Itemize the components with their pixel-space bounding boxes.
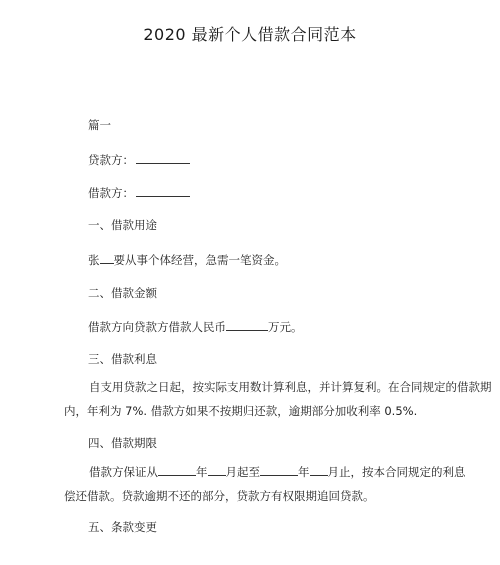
section-body-purpose: 张要从事个体经营，急需一笔资金。 <box>88 252 286 267</box>
term-line-1: 借款方保证从年月起至年月止，按本合同规定的利息 <box>64 460 444 484</box>
section-body-interest: 自支用贷款之日起，按实际支用数计算利息，并计算复利。在合同规定的借款期 内，年利… <box>64 375 444 423</box>
term-seg-1: 借款方保证从 <box>89 465 158 479</box>
start-month-blank <box>208 464 226 476</box>
section-heading-interest: 三、借款利息 <box>88 352 157 366</box>
section-heading-amount: 二、借款金额 <box>88 286 157 300</box>
amount-blank <box>226 319 268 331</box>
interest-line-1: 自支用贷款之日起，按实际支用数计算利息，并计算复利。在合同规定的借款期 <box>64 375 444 399</box>
section-heading-term: 四、借款期限 <box>88 436 157 450</box>
section-heading-changes: 五、条款变更 <box>88 520 157 534</box>
document-title: 2020 最新个人借款合同范本 <box>0 22 500 45</box>
amount-suffix: 万元。 <box>268 320 303 334</box>
amount-prefix: 借款方向贷款方借款人民币 <box>88 320 226 334</box>
borrower-blank <box>136 185 190 197</box>
purpose-prefix: 张 <box>88 253 100 267</box>
term-seg-5: 月止，按本合同规定的利息 <box>328 465 466 479</box>
purpose-suffix: 要从事个体经营，急需一笔资金。 <box>114 253 287 267</box>
term-seg-4: 年 <box>298 465 310 479</box>
term-seg-3: 月起至 <box>226 465 261 479</box>
borrower-label: 借款方： <box>88 186 134 200</box>
start-year-blank <box>158 464 196 476</box>
document-page: 2020 最新个人借款合同范本 篇一 贷款方： 借款方： 一、借款用途 张要从事… <box>0 0 500 565</box>
lender-blank <box>136 152 190 164</box>
term-line-2: 偿还借款。贷款逾期不还的部分，贷款方有权限期追回贷款。 <box>64 484 444 508</box>
interest-line-2: 内，年利为 7%. 借款方如果不按期归还款，逾期部分加收利率 0.5%. <box>64 399 444 423</box>
name-blank <box>100 252 114 264</box>
part-label: 篇一 <box>88 118 111 132</box>
borrower-field: 借款方： <box>88 185 190 200</box>
lender-label: 贷款方： <box>88 153 134 167</box>
section-heading-purpose: 一、借款用途 <box>88 218 157 232</box>
term-seg-2: 年 <box>196 465 208 479</box>
section-body-amount: 借款方向贷款方借款人民币万元。 <box>88 319 303 334</box>
section-body-term: 借款方保证从年月起至年月止，按本合同规定的利息 偿还借款。贷款逾期不还的部分，贷… <box>64 460 444 508</box>
end-year-blank <box>260 464 298 476</box>
lender-field: 贷款方： <box>88 152 190 167</box>
end-month-blank <box>310 464 328 476</box>
